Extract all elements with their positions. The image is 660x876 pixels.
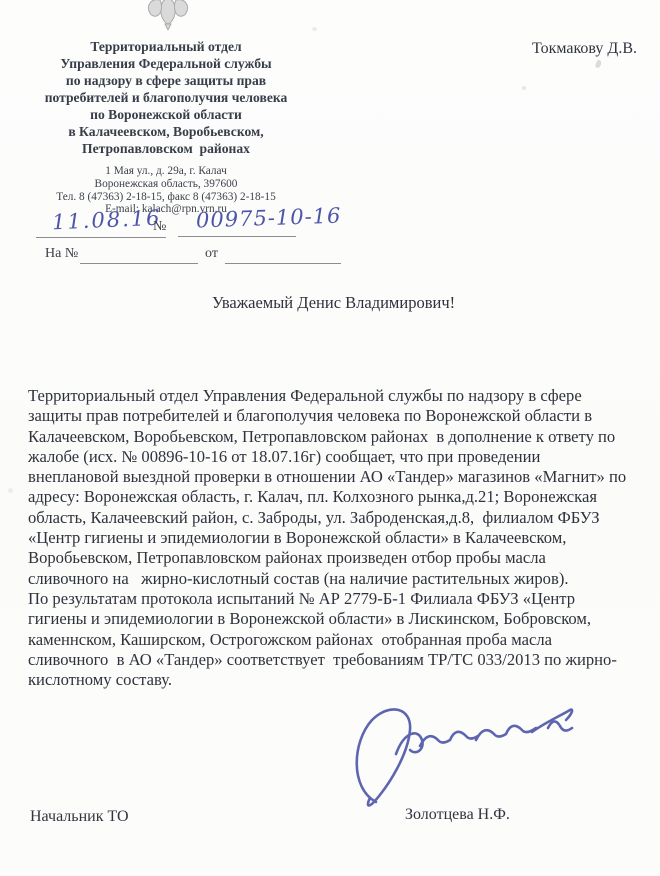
scan-artifact	[8, 488, 13, 493]
org-name-line: по Воронежской области	[38, 106, 294, 123]
body-line: Калачеевском, Воробьевском, Петропавловс…	[28, 427, 653, 447]
body-line: область, Калачеевский район, с. Заброды,…	[28, 508, 653, 528]
letterhead: Территориальный отдел Управления Федерал…	[38, 38, 294, 216]
body-line: сливочного в АО «Тандер» соответствует т…	[28, 650, 653, 670]
handwritten-date: 11.08.16	[52, 206, 162, 235]
body-line: гигиены и эпидемиологии в Воронежской об…	[28, 609, 653, 629]
body-line: жалобе (исх. № 00896-10-16 от 18.07.16г)…	[28, 447, 653, 467]
scanned-letter-page: Территориальный отдел Управления Федерал…	[0, 0, 660, 876]
org-name-line: Петропавловском районах	[38, 140, 294, 157]
signer-name: Золотцева Н.Ф.	[405, 806, 510, 824]
coat-of-arms-emblem	[144, 0, 192, 30]
signer-position: Начальник ТО	[30, 808, 129, 826]
salutation: Уважаемый Денис Владимирович!	[212, 293, 455, 313]
body-line: Территориальный отдел Управления Федерал…	[28, 386, 653, 406]
org-name-line: Территориальный отдел	[38, 38, 294, 55]
handwritten-outgoing-number: 00975-10-16	[196, 203, 342, 232]
org-name-line: потребителей и благополучия человека	[38, 89, 294, 106]
handwritten-signature	[312, 698, 580, 810]
org-address-line: 1 Мая ул., д. 29а, г. Калач	[38, 165, 294, 178]
scan-artifact	[522, 86, 526, 90]
number-sign-label: №	[153, 219, 166, 235]
body-line: защиты прав потребителей и благополучия …	[28, 406, 653, 426]
reply-from-label: от	[205, 246, 218, 262]
org-name-line: в Калачеевском, Воробьевском,	[38, 123, 294, 140]
scan-artifact	[595, 59, 602, 68]
body-line: каменнском, Каширском, Острогожском райо…	[28, 630, 653, 650]
org-name-line: Управления Федеральной службы	[38, 55, 294, 72]
body-line: сливочного на жирно-кислотный состав (на…	[28, 569, 653, 589]
reply-number-label: На №	[45, 246, 78, 262]
scan-artifact	[312, 27, 317, 31]
body-line: внеплановой выездной проверки в отношени…	[28, 467, 653, 487]
body-line: Воробьевском, Петропавловском районах пр…	[28, 548, 653, 568]
body-line: адресу: Воронежская область, г. Калач, п…	[28, 487, 653, 507]
date-underline	[36, 237, 166, 238]
org-address-line: Воронежская область, 397600	[38, 178, 294, 191]
number-underline	[178, 236, 296, 237]
body-line: «Центр гигиены и эпидемиологии в Воронеж…	[28, 528, 653, 548]
letter-body: Территориальный отдел Управления Федерал…	[28, 386, 653, 690]
org-phone-line: Тел. 8 (47363) 2-18-15, факс 8 (47363) 2…	[38, 191, 294, 204]
reply-number-underline	[80, 263, 198, 264]
reply-date-underline	[225, 263, 341, 264]
body-line: По результатам протокола испытаний № АР …	[28, 589, 653, 609]
recipient-name: Токмакову Д.В.	[532, 40, 637, 58]
body-line: кислотному составу.	[28, 670, 653, 690]
org-name-line: по надзору в сфере защиты прав	[38, 72, 294, 89]
